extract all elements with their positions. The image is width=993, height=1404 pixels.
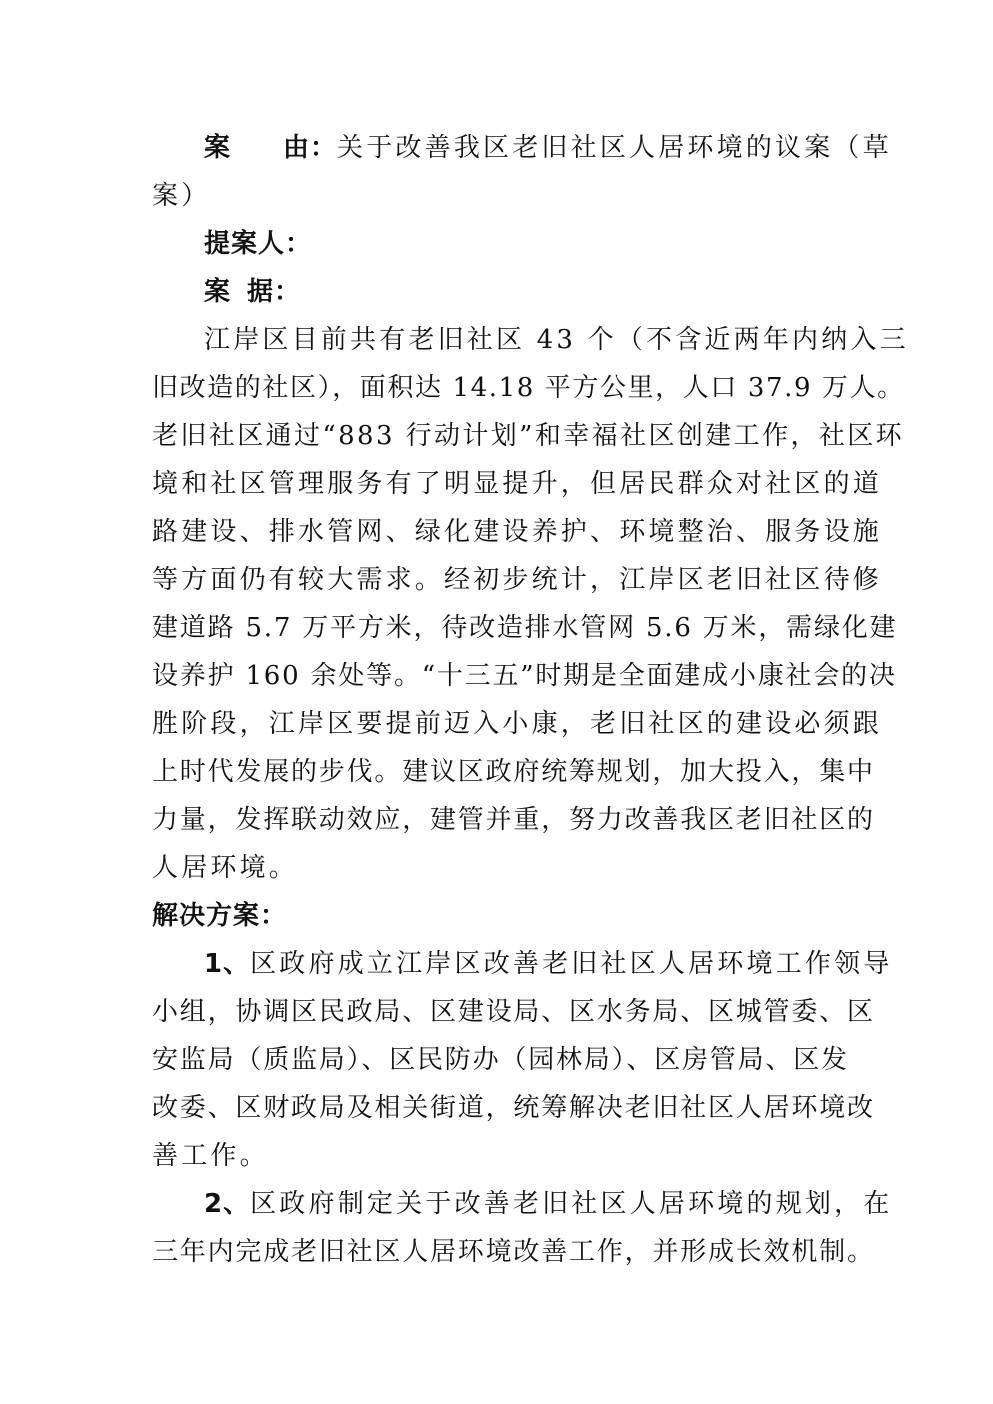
paragraph-line: 善工作。	[152, 1132, 842, 1180]
paragraph-line: 老旧社区通过“883 行动计划”和幸福社区创建工作，社区环	[152, 412, 842, 460]
paragraph-line: 三年内完成老旧社区人居环境改善工作，并形成长效机制。	[152, 1228, 842, 1276]
solution-item-2: 2、区政府制定关于改善老旧社区人居环境的规划，在 三年内完成老旧社区人居环境改善…	[152, 1180, 842, 1276]
paragraph-line: 建道路 5.7 万平方米，待改造排水管网 5.6 万米，需绿化建	[152, 604, 842, 652]
paragraph-line: 胜阶段，江岸区要提前迈入小康，老旧社区的建设必须跟	[152, 700, 842, 748]
case-subject-label-a: 案	[204, 133, 231, 163]
item-text: 区政府制定关于改善老旧社区人居环境的规划，在	[250, 1189, 892, 1219]
paragraph-line: 江岸区目前共有老旧社区 43 个（不含近两年内纳入三	[152, 316, 842, 364]
document-page: 案由：关于改善我区老旧社区人居环境的议案（草 案） 提案人： 案据： 江岸区目前…	[152, 124, 842, 1276]
paragraph-line: 安监局（质监局）、区民防办（园林局）、区房管局、区发	[152, 1036, 842, 1084]
basis-label-b: 据：	[247, 277, 301, 307]
solution-item-1: 1、区政府成立江岸区改善老旧社区人居环境工作领导 小组，协调区民政局、区建设局、…	[152, 940, 842, 1180]
paragraph-line: 境和社区管理服务有了明显提升，但居民群众对社区的道	[152, 460, 842, 508]
solution-item-1-first-line: 1、区政府成立江岸区改善老旧社区人居环境工作领导	[152, 940, 842, 988]
paragraph-line: 上时代发展的步伐。建议区政府统筹规划，加大投入，集中	[152, 748, 842, 796]
paragraph-line: 改委、区财政局及相关街道，统筹解决老旧社区人居环境改	[152, 1084, 842, 1132]
paragraph-line: 路建设、排水管网、绿化建设养护、环境整治、服务设施	[152, 508, 842, 556]
basis-label-a: 案	[204, 277, 231, 307]
solution-item-2-first-line: 2、区政府制定关于改善老旧社区人居环境的规划，在	[152, 1180, 842, 1228]
paragraph-line: 小组，协调区民政局、区建设局、区水务局、区城管委、区	[152, 988, 842, 1036]
paragraph-line: 等方面仍有较大需求。经初步统计，江岸区老旧社区待修	[152, 556, 842, 604]
case-subject-continuation: 案）	[152, 172, 842, 220]
case-subject-label-b: 由：	[283, 133, 337, 163]
solution-heading: 解决方案：	[152, 892, 842, 940]
paragraph-line: 人居环境。	[152, 844, 842, 892]
item-number: 2、	[204, 1189, 250, 1219]
paragraph-line: 设养护 160 余处等。“十三五”时期是全面建成小康社会的决	[152, 652, 842, 700]
paragraph-line: 力量，发挥联动效应，建管并重，努力改善我区老旧社区的	[152, 796, 842, 844]
paragraph-line: 旧改造的社区），面积达 14.18 平方公里，人口 37.9 万人。	[152, 364, 842, 412]
case-subject-line: 案由：关于改善我区老旧社区人居环境的议案（草	[152, 124, 842, 172]
proposer-label: 提案人：	[204, 229, 312, 259]
item-text: 区政府成立江岸区改善老旧社区人居环境工作领导	[250, 949, 892, 979]
basis-paragraph: 江岸区目前共有老旧社区 43 个（不含近两年内纳入三 旧改造的社区），面积达 1…	[152, 316, 842, 892]
item-number: 1、	[204, 949, 250, 979]
solution-label: 解决方案：	[152, 901, 287, 931]
basis-line: 案据：	[152, 268, 842, 316]
proposer-line: 提案人：	[152, 220, 842, 268]
case-subject-value: 关于改善我区老旧社区人居环境的议案（草	[337, 133, 892, 163]
